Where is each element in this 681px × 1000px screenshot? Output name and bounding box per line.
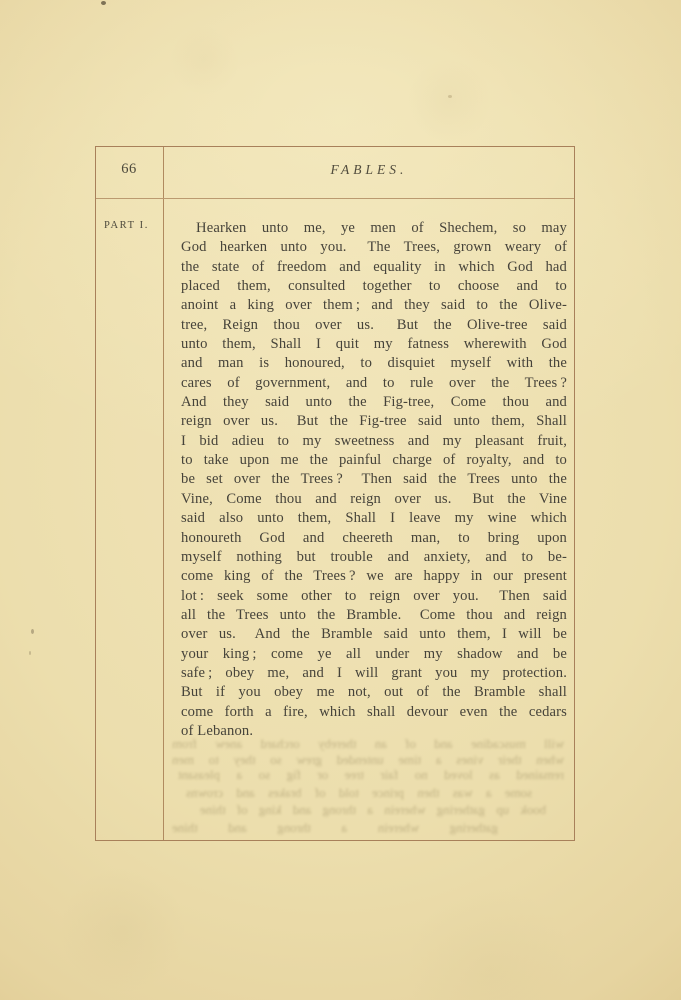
show-through-line: some a was then prince told of brakes an…	[186, 786, 532, 802]
text-line: said also unto them, Shall I leave my wi…	[181, 509, 567, 528]
text-line: unto them, Shall I quit my fatness where…	[181, 335, 567, 354]
text-line: your king ; come ye all under my shadow …	[181, 645, 567, 664]
show-through-line: book up gathering wherein a throng and k…	[200, 803, 546, 819]
scan-speck	[29, 651, 31, 655]
scan-speck	[31, 629, 34, 634]
running-title: FABLES.	[163, 162, 575, 178]
page-number: 66	[95, 161, 163, 178]
fable-body-text: Hearken unto me, ye men of Shechem, so m…	[181, 219, 567, 741]
text-line: reign over us. But the Fig-tree said unt…	[181, 412, 567, 431]
part-label: PART I.	[104, 220, 160, 231]
text-line: safe ; obey me, and I will grant you my …	[181, 664, 567, 683]
text-line: Vine, Come thou and reign over us. But t…	[181, 490, 567, 509]
text-line: And they said unto the Fig-tree, Come th…	[181, 393, 567, 412]
text-line: anoint a king over them ; and they said …	[181, 296, 567, 315]
text-line: lot : seek some other to reign over you.…	[181, 587, 567, 606]
header-rule	[96, 198, 574, 199]
show-through-line: when their vines a time untended grew so…	[172, 753, 564, 769]
show-through-text: will muscadine and of an thereby orchard…	[172, 737, 564, 837]
text-line: to take upon me the painful charge of ro…	[181, 451, 567, 470]
text-line: be set over the Trees ? Then said the Tr…	[181, 470, 567, 489]
text-line: God hearken unto you. The Trees, grown w…	[181, 238, 567, 257]
text-line: placed them, consulted together to choos…	[181, 277, 567, 296]
text-line: over us. And the Bramble said unto them,…	[181, 625, 567, 644]
text-line: But if you obey me not, out of the Bramb…	[181, 683, 567, 702]
text-line: come forth a fire, which shall devour ev…	[181, 703, 567, 722]
scan-speck	[448, 95, 452, 98]
margin-divider-rule	[163, 147, 164, 840]
text-line: all the Trees unto the Bramble. Come tho…	[181, 606, 567, 625]
text-line: Hearken unto me, ye men of Shechem, so m…	[181, 219, 567, 238]
show-through-line: remained as loved no fair tree or fig so…	[178, 768, 564, 784]
text-line: I bid adieu to my sweetness and my pleas…	[181, 432, 567, 451]
show-through-line: gathering wherein a throng and thine	[172, 821, 498, 837]
text-line: tree, Reign thou over us. But the Olive-…	[181, 316, 567, 335]
text-line: come king of the Trees ? we are happy in…	[181, 567, 567, 586]
text-line: the state of freedom and equality in whi…	[181, 258, 567, 277]
show-through-line: will muscadine and of an thereby orchard…	[172, 737, 564, 753]
text-line: cares of government, and to rule over th…	[181, 374, 567, 393]
scan-speck	[101, 1, 106, 5]
text-line: honoureth God and cheereth man, to bring…	[181, 529, 567, 548]
text-line: and man is honoured, to disquiet myself …	[181, 354, 567, 373]
text-line: myself nothing but trouble and anxiety, …	[181, 548, 567, 567]
